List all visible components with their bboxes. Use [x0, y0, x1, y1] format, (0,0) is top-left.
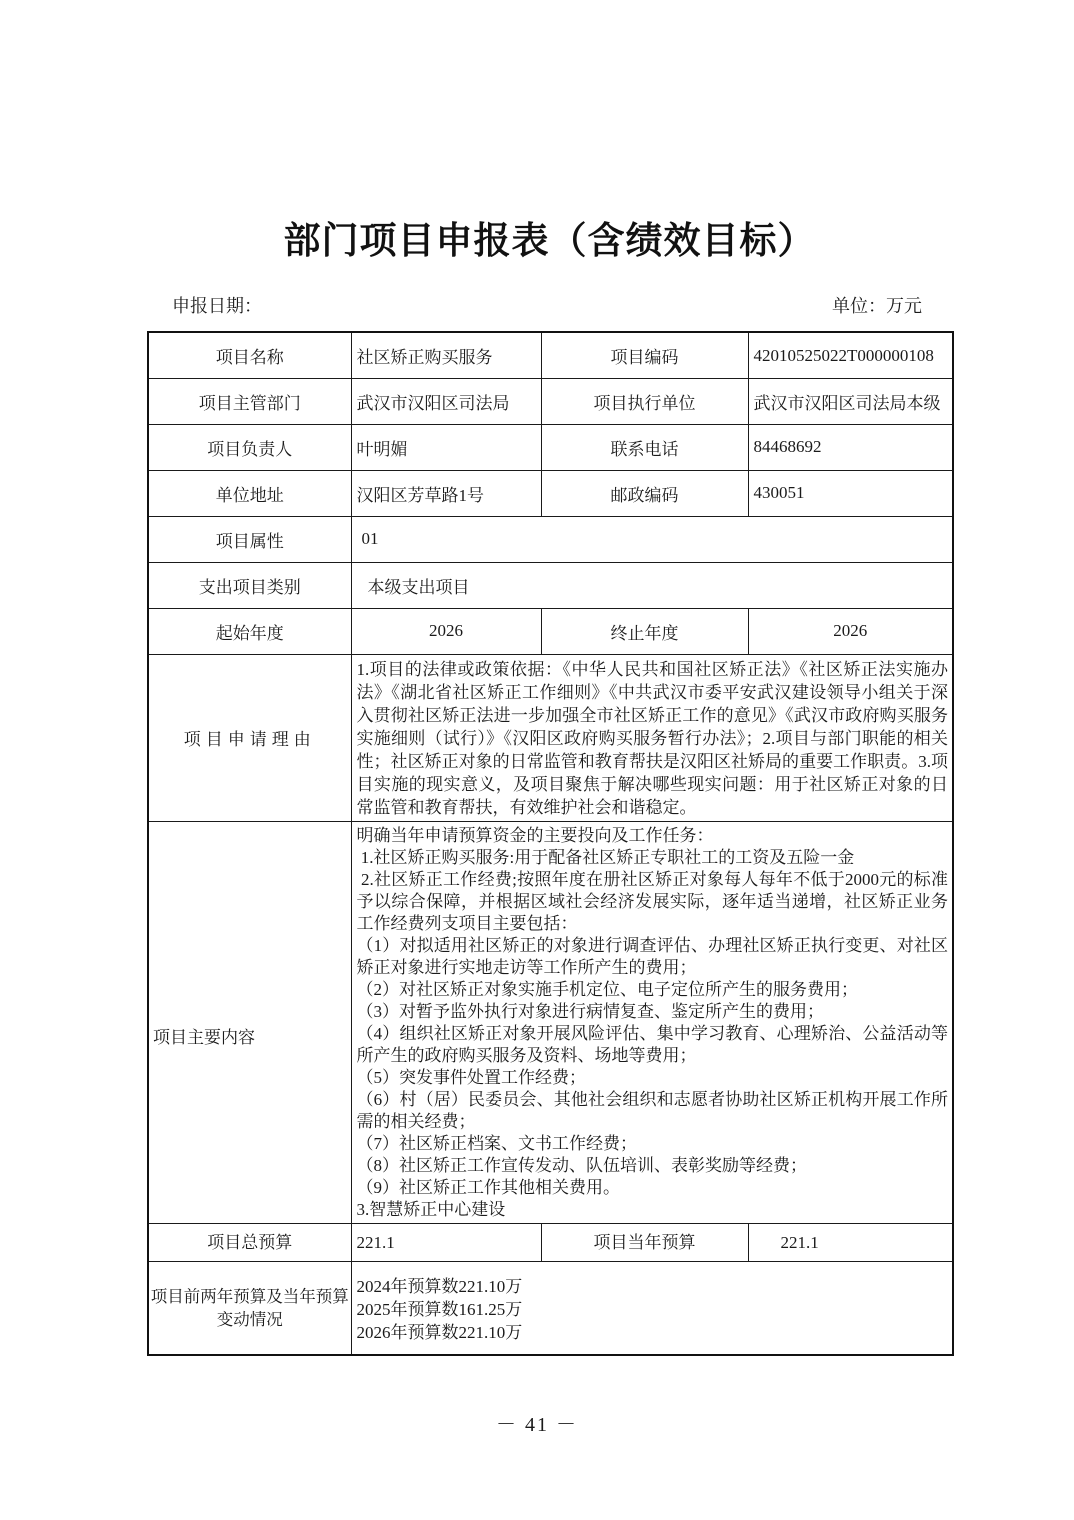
application-form-table: 项目名称 社区矫正购买服务 项目编码 42010525022T000000108…	[147, 331, 954, 1356]
row-application-reason: 项目申请理由 1.项目的法律或政策依据：《中华人民共和国社区矫正法》《社区矫正法…	[148, 654, 953, 821]
project-code-label: 项目编码	[541, 332, 748, 378]
budget-history-line: 2024年预算数221.10万	[357, 1275, 949, 1298]
budget-history-value: 2024年预算数221.10万 2025年预算数161.25万 2026年预算数…	[351, 1261, 953, 1355]
main-content-line: （8）社区矫正工作宣传发动、队伍培训、表彰奖励等经费；	[357, 1155, 949, 1177]
start-year-value: 2026	[351, 608, 541, 654]
main-content-line: （3）对暂予监外执行对象进行病情复查、鉴定所产生的费用；	[357, 1001, 949, 1023]
main-content-line: （5）突发事件处置工作经费；	[357, 1067, 949, 1089]
contact-phone-value: 84468692	[748, 424, 953, 470]
current-year-budget-value: 221.1	[748, 1223, 953, 1261]
supervisor-dept-label: 项目主管部门	[148, 378, 351, 424]
main-content-line: （2）对社区矫正对象实施手机定位、电子定位所产生的服务费用；	[357, 979, 949, 1001]
main-content-line: 明确当年申请预算资金的主要投向及工作任务：	[357, 825, 949, 847]
expenditure-category-value: 本级支出项目	[351, 562, 953, 608]
row-years: 起始年度 2026 终止年度 2026	[148, 608, 953, 654]
executing-unit-value: 武汉市汉阳区司法局本级	[748, 378, 953, 424]
main-content-line: （4）组织社区矫正对象开展风险评估、集中学习教育、心理矫治、公益活动等所产生的政…	[357, 1023, 949, 1067]
row-expenditure-category: 支出项目类别 本级支出项目	[148, 562, 953, 608]
row-project-attribute: 项目属性 01	[148, 516, 953, 562]
main-content-line: 3.智慧矫正中心建设	[357, 1199, 949, 1221]
contact-phone-label: 联系电话	[541, 424, 748, 470]
project-name-value: 社区矫正购买服务	[351, 332, 541, 378]
project-leader-value: 叶明媚	[351, 424, 541, 470]
main-content-line: （6）村（居）民委员会、其他社会组织和志愿者协助社区矫正机构开展工作所需的相关经…	[357, 1089, 949, 1133]
total-budget-label: 项目总预算	[148, 1223, 351, 1261]
budget-history-label: 项目前两年预算及当年预算 变动情况	[148, 1261, 351, 1355]
unit-address-value: 汉阳区芳草路1号	[351, 470, 541, 516]
expenditure-category-label: 支出项目类别	[148, 562, 351, 608]
meta-row: 申报日期： 单位：万元	[147, 292, 952, 318]
main-content-line: 1.社区矫正购买服务:用于配备社区矫正专职社工的工资及五险一金	[357, 847, 949, 869]
postal-code-value: 430051	[748, 470, 953, 516]
row-project-name: 项目名称 社区矫正购买服务 项目编码 42010525022T000000108	[148, 332, 953, 378]
main-content-line: （1）对拟适用社区矫正的对象进行调查评估、办理社区矫正执行变更、对社区矫正对象进…	[357, 935, 949, 979]
current-year-budget-label: 项目当年预算	[541, 1223, 748, 1261]
page-number: － 41 －	[0, 1408, 1074, 1437]
postal-code-label: 邮政编码	[541, 470, 748, 516]
row-budget: 项目总预算 221.1 项目当年预算 221.1	[148, 1223, 953, 1261]
supervisor-dept-value: 武汉市汉阳区司法局	[351, 378, 541, 424]
row-budget-history: 项目前两年预算及当年预算 变动情况 2024年预算数221.10万 2025年预…	[148, 1261, 953, 1355]
executing-unit-label: 项目执行单位	[541, 378, 748, 424]
main-content-label: 项目主要内容	[148, 821, 351, 1223]
budget-history-label-line1: 项目前两年预算及当年预算	[149, 1285, 351, 1308]
project-code-value: 42010525022T000000108	[748, 332, 953, 378]
end-year-label: 终止年度	[541, 608, 748, 654]
end-year-value: 2026	[748, 608, 953, 654]
row-unit-address: 单位地址 汉阳区芳草路1号 邮政编码 430051	[148, 470, 953, 516]
unit-label: 单位：万元	[832, 292, 922, 318]
document-page: 部门项目申报表（含绩效目标） 申报日期： 单位：万元 项目名称 社区矫正购买服务…	[0, 0, 1074, 1520]
main-content-line: （7）社区矫正档案、文书工作经费；	[357, 1133, 949, 1155]
project-name-label: 项目名称	[148, 332, 351, 378]
start-year-label: 起始年度	[148, 608, 351, 654]
project-leader-label: 项目负责人	[148, 424, 351, 470]
budget-history-label-line2: 变动情况	[149, 1308, 351, 1331]
main-content-line: 2.社区矫正工作经费;按照年度在册社区矫正对象每人每年不低于2000元的标准予以…	[357, 869, 949, 935]
project-attribute-value: 01	[351, 516, 953, 562]
page-title: 部门项目申报表（含绩效目标）	[147, 210, 952, 264]
declare-date-label: 申报日期：	[172, 292, 262, 318]
application-reason-value: 1.项目的法律或政策依据：《中华人民共和国社区矫正法》《社区矫正法实施办法》《湖…	[351, 654, 953, 821]
main-content-line: （9）社区矫正工作其他相关费用。	[357, 1177, 949, 1199]
main-content-value: 明确当年申请预算资金的主要投向及工作任务： 1.社区矫正购买服务:用于配备社区矫…	[351, 821, 953, 1223]
budget-history-line: 2026年预算数221.10万	[357, 1321, 949, 1344]
budget-history-line: 2025年预算数161.25万	[357, 1298, 949, 1321]
unit-address-label: 单位地址	[148, 470, 351, 516]
row-project-leader: 项目负责人 叶明媚 联系电话 84468692	[148, 424, 953, 470]
project-attribute-label: 项目属性	[148, 516, 351, 562]
application-reason-label: 项目申请理由	[148, 654, 351, 821]
row-supervisor-dept: 项目主管部门 武汉市汉阳区司法局 项目执行单位 武汉市汉阳区司法局本级	[148, 378, 953, 424]
row-main-content: 项目主要内容 明确当年申请预算资金的主要投向及工作任务： 1.社区矫正购买服务:…	[148, 821, 953, 1223]
total-budget-value: 221.1	[351, 1223, 541, 1261]
